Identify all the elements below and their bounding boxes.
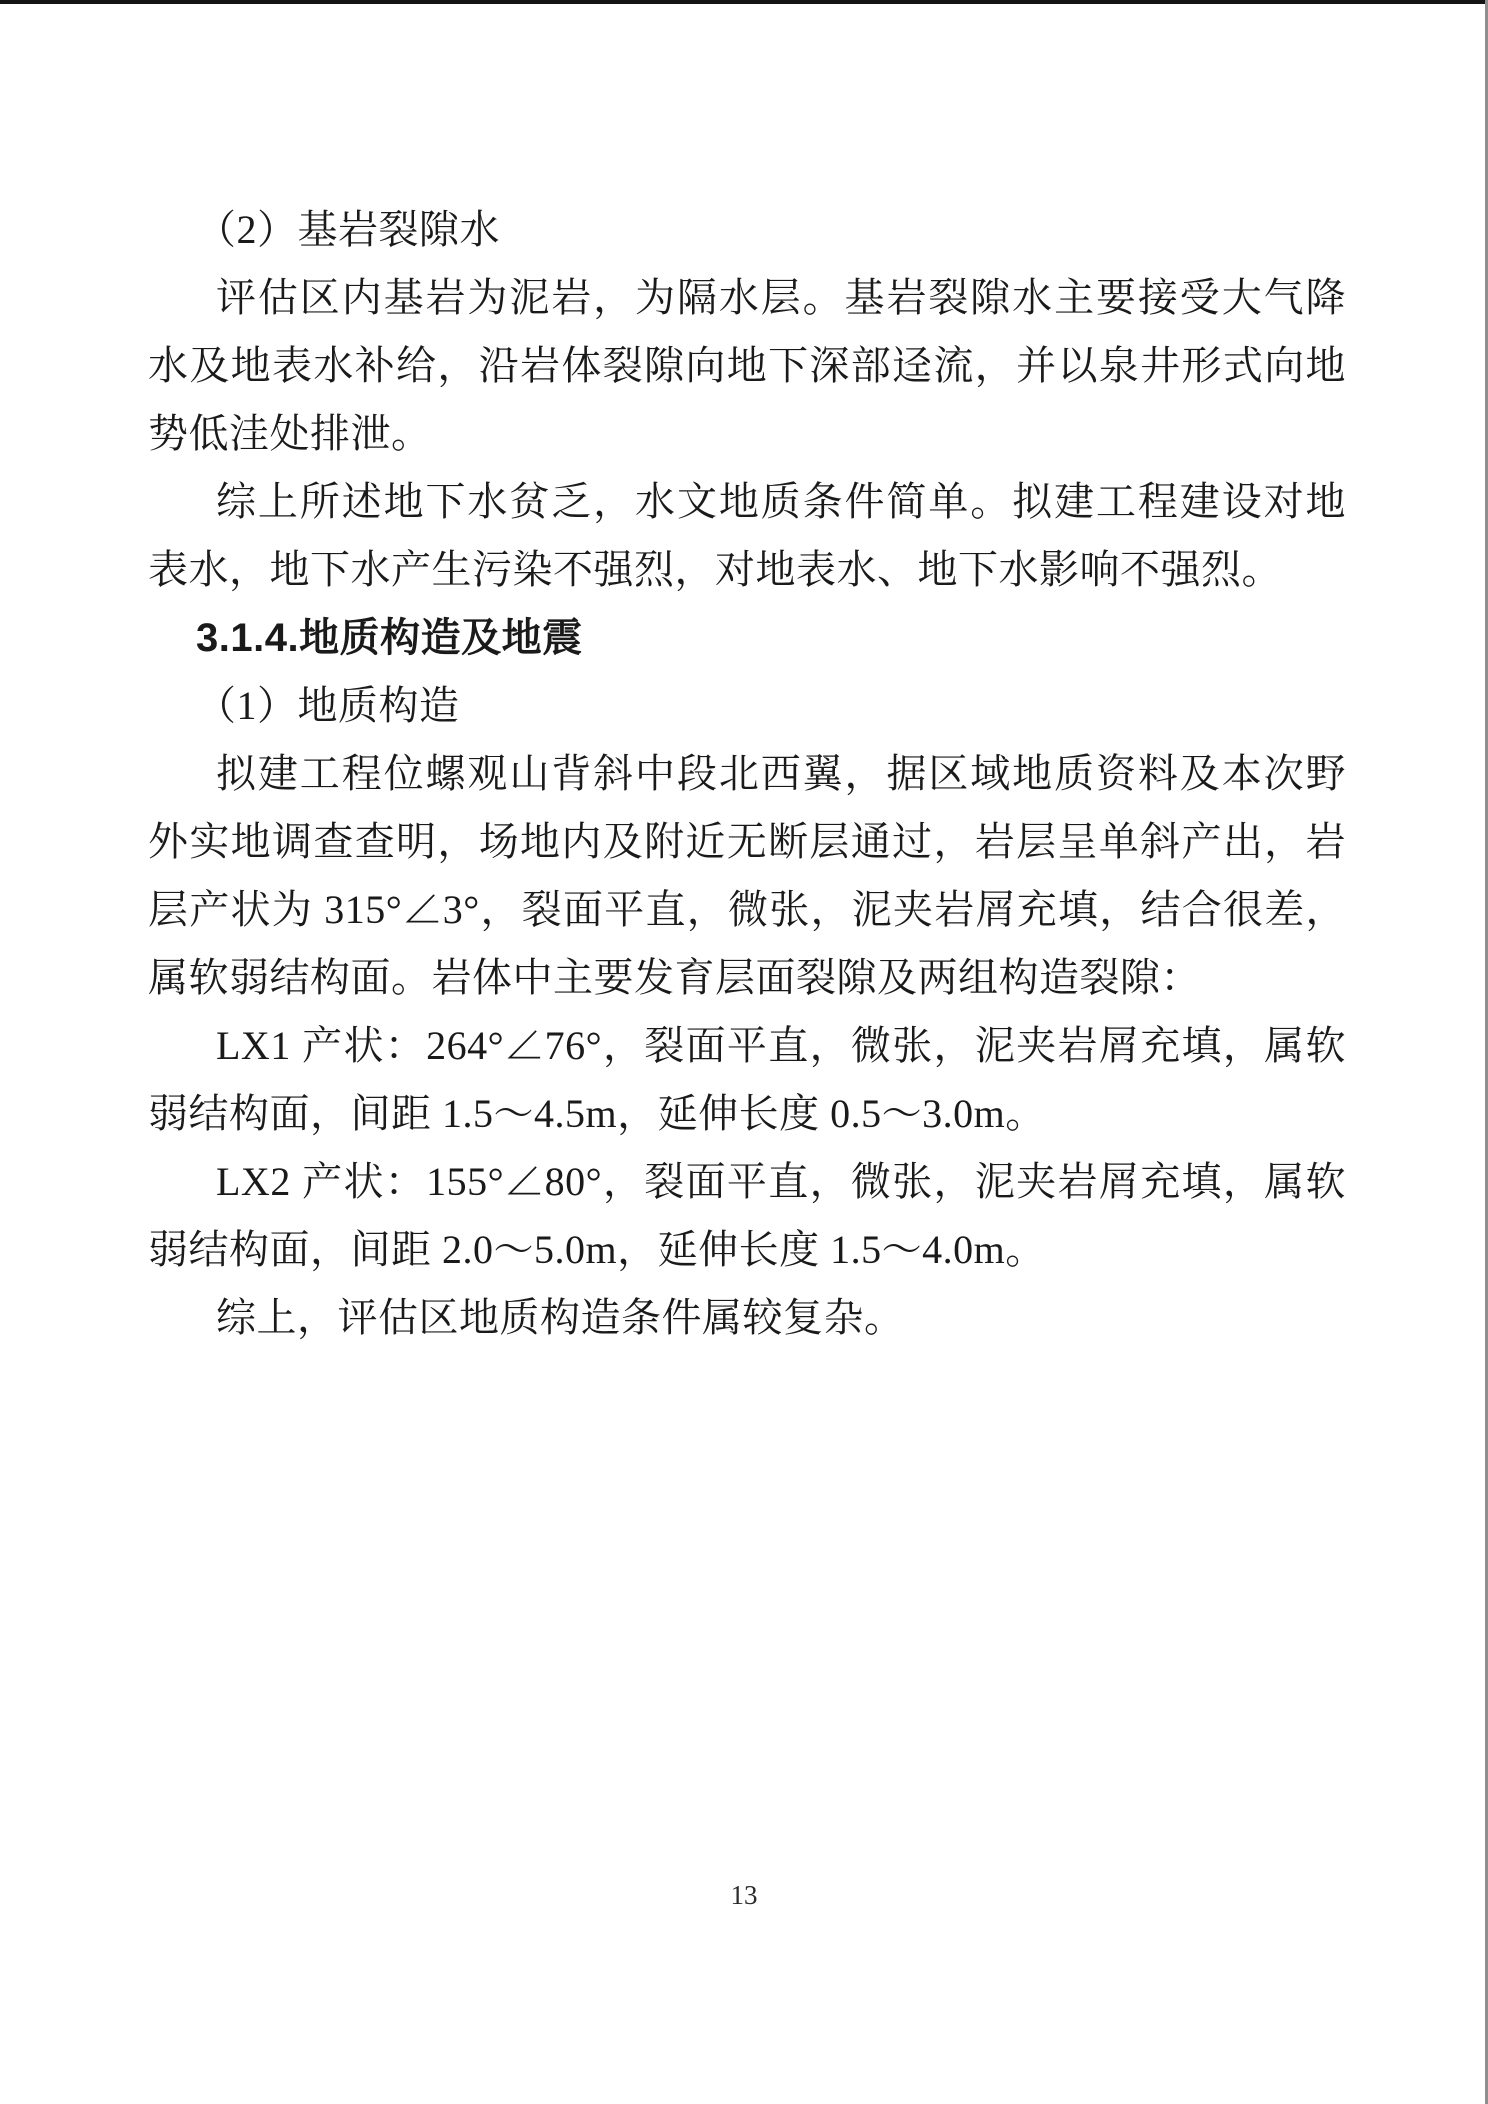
paragraph-bedrock-fissure-water-body: 评估区内基岩为泥岩，为隔水层。基岩裂隙水主要接受大气降水及地表水补给，沿岩体裂隙…	[148, 264, 1346, 468]
subheading-geological-structure: （1）地质构造	[148, 672, 1346, 740]
paragraph-structure-conclusion: 综上，评估区地质构造条件属较复杂。	[148, 1284, 1346, 1352]
page-content: （2）基岩裂隙水 评估区内基岩为泥岩，为隔水层。基岩裂隙水主要接受大气降水及地表…	[148, 196, 1346, 1352]
section-heading-geological-structure-and-earthquake: 3.1.4.地质构造及地震	[148, 604, 1346, 672]
page-number: 13	[0, 1880, 1488, 1911]
paragraph-fissure-lx1: LX1 产状：264°∠76°，裂面平直，微张，泥夹岩屑充填，属软弱结构面，间距…	[148, 1012, 1346, 1148]
scan-edge-top-line	[0, 0, 1488, 4]
subheading-bedrock-fissure-water: （2）基岩裂隙水	[148, 196, 1346, 264]
paragraph-fissure-lx2: LX2 产状：155°∠80°，裂面平直，微张，泥夹岩屑充填，属软弱结构面，间距…	[148, 1148, 1346, 1284]
paragraph-site-structure-description: 拟建工程位螺观山背斜中段北西翼，据区域地质资料及本次野外实地调查查明，场地内及附…	[148, 740, 1346, 1012]
paragraph-groundwater-summary: 综上所述地下水贫乏，水文地质条件简单。拟建工程建设对地表水，地下水产生污染不强烈…	[148, 468, 1346, 604]
